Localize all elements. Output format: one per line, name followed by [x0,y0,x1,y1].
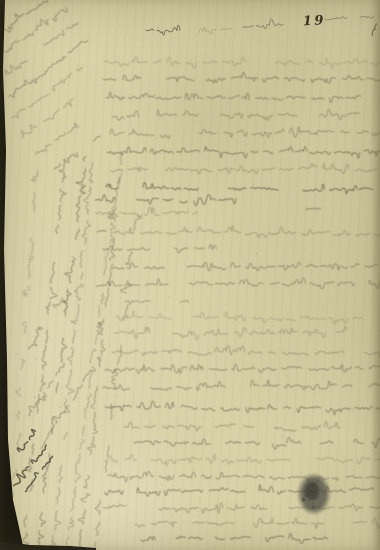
left-page-edge [0,0,24,550]
ink-blot [298,474,330,514]
margin-annotations [2,0,142,550]
date-day-number: 19 [303,13,327,29]
manuscript-page: 19 [0,0,380,550]
salutation-word [146,25,180,35]
body-handwriting [95,57,380,545]
handwriting-layer: 19 [0,0,380,550]
dateline: 19 [199,10,378,45]
